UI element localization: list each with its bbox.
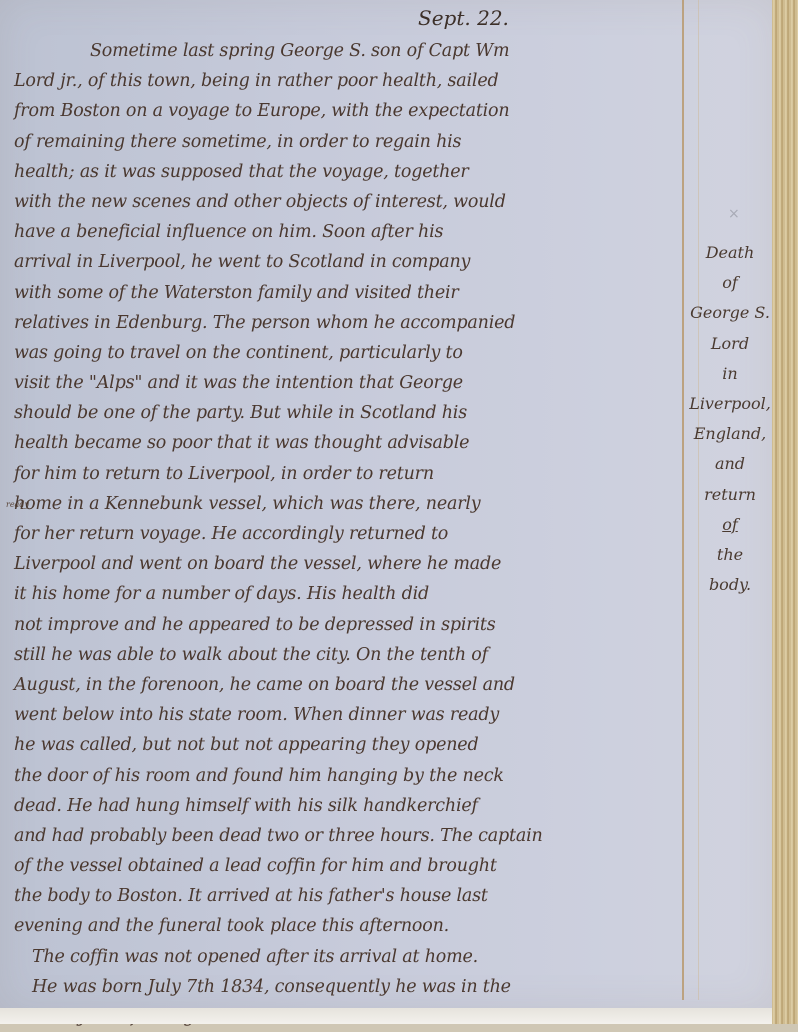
text-line: health became so poor that it was though… [14, 428, 686, 458]
text-line: relatives in Edenburg. The person whom h… [14, 308, 686, 338]
margin-note: Death of George S. Lord in Liverpool, En… [688, 238, 772, 600]
text-line: Sometime last spring George S. son of Ca… [14, 36, 686, 66]
margin-note-line: Liverpool, [688, 389, 772, 419]
margin-note-line: in [688, 359, 772, 389]
date-heading: Sept. 22. [418, 6, 509, 30]
faint-mark: × [728, 206, 740, 222]
margin-note-line: return [688, 480, 772, 510]
text-line: August, in the forenoon, he came on boar… [14, 670, 686, 700]
book-binding-edge [772, 0, 798, 1024]
text-line: He was born July 7th 1834, consequently … [14, 972, 686, 1002]
text-line: have a beneficial influence on him. Soon… [14, 217, 686, 247]
margin-note-line: England, [688, 419, 772, 449]
text-line: went below into his state room. When din… [14, 700, 686, 730]
text-line: with the new scenes and other objects of… [14, 187, 686, 217]
text-line: he was called, but not but not appearing… [14, 730, 686, 760]
page-bottom-edge [0, 1008, 775, 1024]
margin-note-line: of [688, 510, 772, 540]
text-line: it his home for a number of days. His he… [14, 579, 686, 609]
text-line: home in a Kennebunk vessel, which was th… [14, 489, 686, 519]
text-line: the body to Boston. It arrived at his fa… [14, 881, 686, 911]
text-line: of the vessel obtained a lead coffin for… [14, 851, 686, 881]
manuscript-page: Sept. 22. ready Sometime last spring Geo… [0, 0, 775, 1010]
text-line: arrival in Liverpool, he went to Scotlan… [14, 247, 686, 277]
margin-note-line: body. [688, 570, 772, 600]
text-line: health; as it was supposed that the voya… [14, 157, 686, 187]
margin-note-line: the [688, 540, 772, 570]
margin-note-line: of [688, 268, 772, 298]
margin-note-line: George S. [688, 298, 772, 328]
text-line: Lord jr., of this town, being in rather … [14, 66, 686, 96]
text-line: not improve and he appeared to be depres… [14, 610, 686, 640]
journal-entry-body: Sometime last spring George S. son of Ca… [14, 36, 686, 1024]
text-line: for him to return to Liverpool, in order… [14, 459, 686, 489]
text-line: dead. He had hung himself with his silk … [14, 791, 686, 821]
margin-note-line: Lord [688, 329, 772, 359]
text-line: the door of his room and found him hangi… [14, 761, 686, 791]
text-line: with some of the Waterston family and vi… [14, 278, 686, 308]
margin-note-line: and [688, 449, 772, 479]
margin-note-line: Death [688, 238, 772, 268]
text-line: and had probably been dead two or three … [14, 821, 686, 851]
text-line: evening and the funeral took place this … [14, 911, 686, 941]
text-line: Liverpool and went on board the vessel, … [14, 549, 686, 579]
text-line: still he was able to walk about the city… [14, 640, 686, 670]
text-line: should be one of the party. But while in… [14, 398, 686, 428]
text-line: visit the "Alps" and it was the intentio… [14, 368, 686, 398]
text-line: from Boston on a voyage to Europe, with … [14, 96, 686, 126]
text-line: of remaining there sometime, in order to… [14, 127, 686, 157]
text-line: was going to travel on the continent, pa… [14, 338, 686, 368]
text-line: for her return voyage. He accordingly re… [14, 519, 686, 549]
text-line: The coffin was not opened after its arri… [14, 942, 686, 972]
